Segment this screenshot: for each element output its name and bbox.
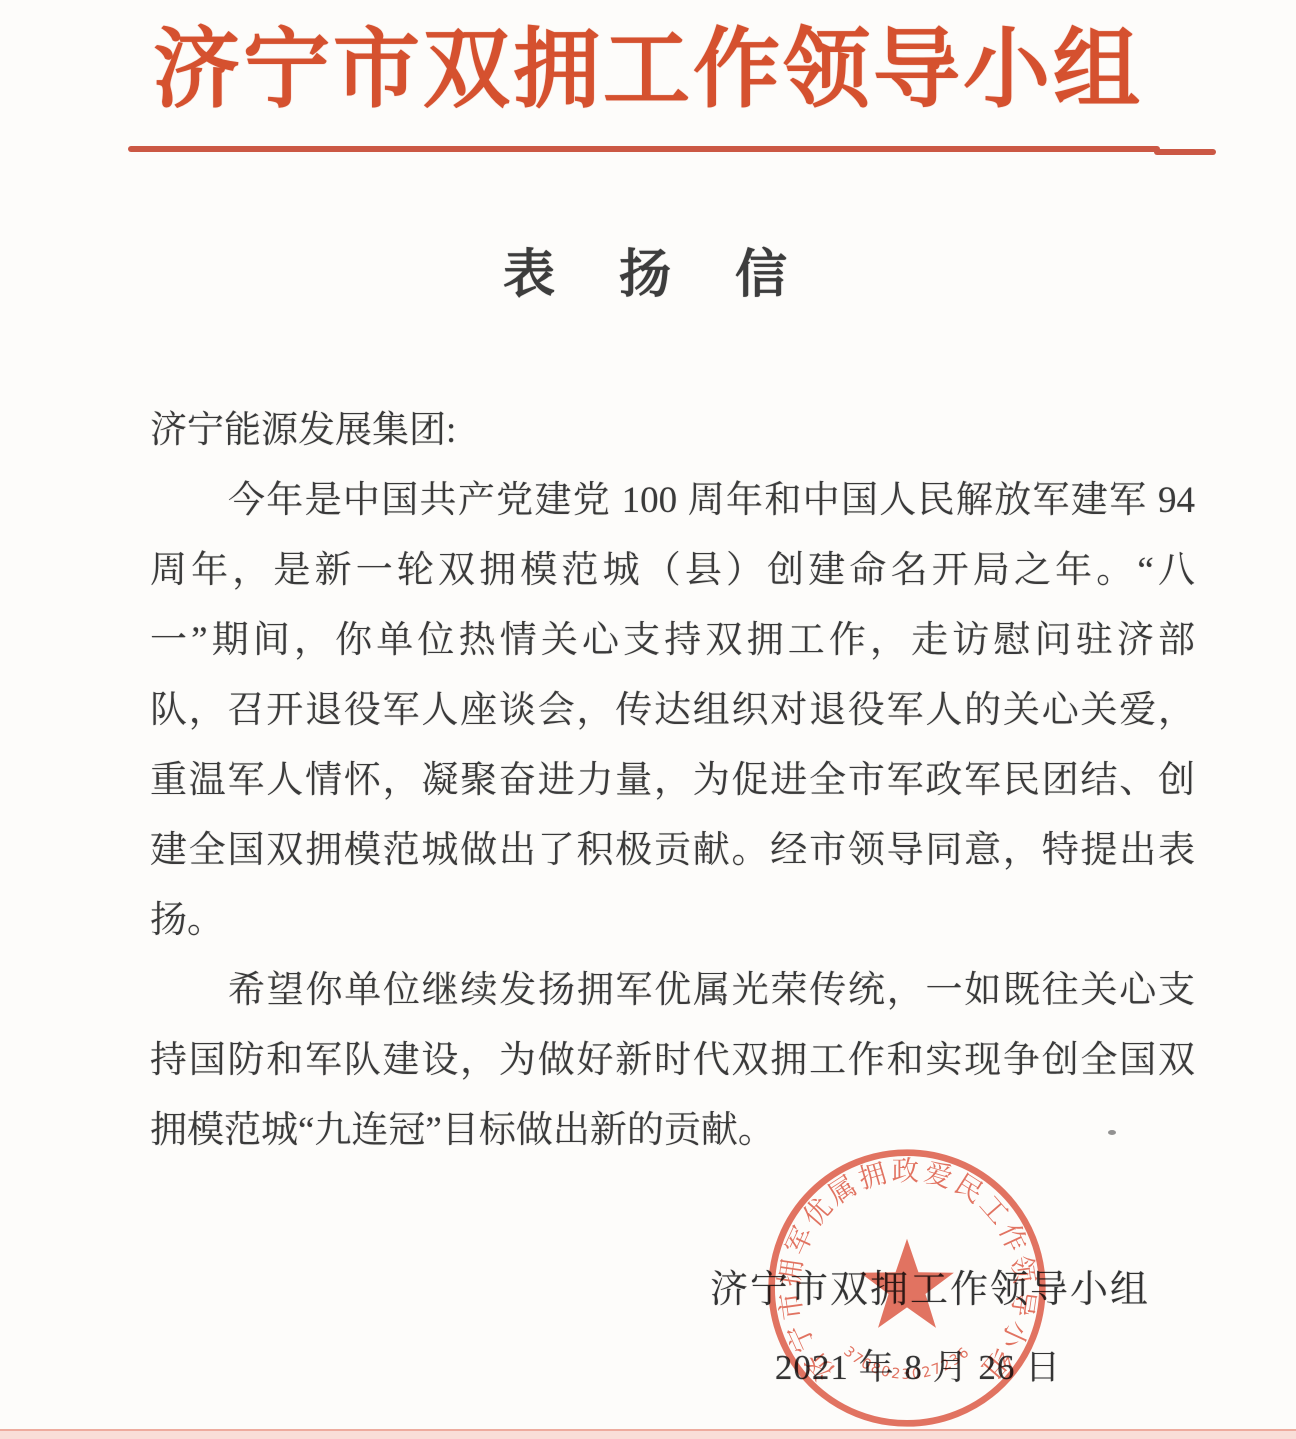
page-bottom-edge bbox=[0, 1429, 1296, 1439]
scan-speck bbox=[1108, 1130, 1116, 1135]
letter-body: 济宁能源发展集团: 今年是中国共产党建党 100 周年和中国人民解放军建军 94… bbox=[150, 396, 1195, 1166]
body-line: 持国防和军队建设，为做好新时代双拥工作和实现争创全国双 bbox=[150, 1026, 1195, 1096]
letterhead-org-name: 济宁市双拥工作领导小组 bbox=[0, 16, 1296, 125]
commendation-letter-page: 济宁市双拥工作领导小组 表 扬 信 济宁能源发展集团: 今年是中国共产党建党 1… bbox=[0, 0, 1296, 1439]
paragraphs-container: 今年是中国共产党建党 100 周年和中国人民解放军建军 94周年，是新一轮双拥模… bbox=[150, 466, 1195, 1166]
signature-date: 2021 年 8 月 26 日 bbox=[628, 1340, 1208, 1390]
body-line: 一”期间，你单位热情关心支持双拥工作，走访慰问驻济部 bbox=[150, 606, 1195, 676]
body-line: 重温军人情怀，凝聚奋进力量，为促进全市军政军民团结、创 bbox=[150, 746, 1195, 816]
body-line: 队，召开退役军人座谈会，传达组织对退役军人的关心关爱， bbox=[150, 676, 1195, 746]
body-line: 今年是中国共产党建党 100 周年和中国人民解放军建军 94 bbox=[150, 466, 1195, 536]
body-line: 希望你单位继续发扬拥军优属光荣传统，一如既往关心支 bbox=[150, 956, 1195, 1026]
document-title: 表 扬 信 bbox=[0, 232, 1296, 307]
body-line: 建全国双拥模范城做出了积极贡献。经市领导同意，特提出表 bbox=[150, 816, 1195, 886]
body-line: 周年，是新一轮双拥模范城（县）创建命名开局之年。“八 bbox=[150, 536, 1195, 606]
signature-org: 济宁市双拥工作领导小组 bbox=[640, 1258, 1220, 1313]
body-line: 扬。 bbox=[150, 886, 1195, 956]
salutation: 济宁能源发展集团: bbox=[150, 396, 1195, 466]
letterhead-divider-rule bbox=[128, 146, 1160, 152]
body-line: 拥模范城“九连冠”目标做出新的贡献。 bbox=[150, 1096, 1195, 1166]
